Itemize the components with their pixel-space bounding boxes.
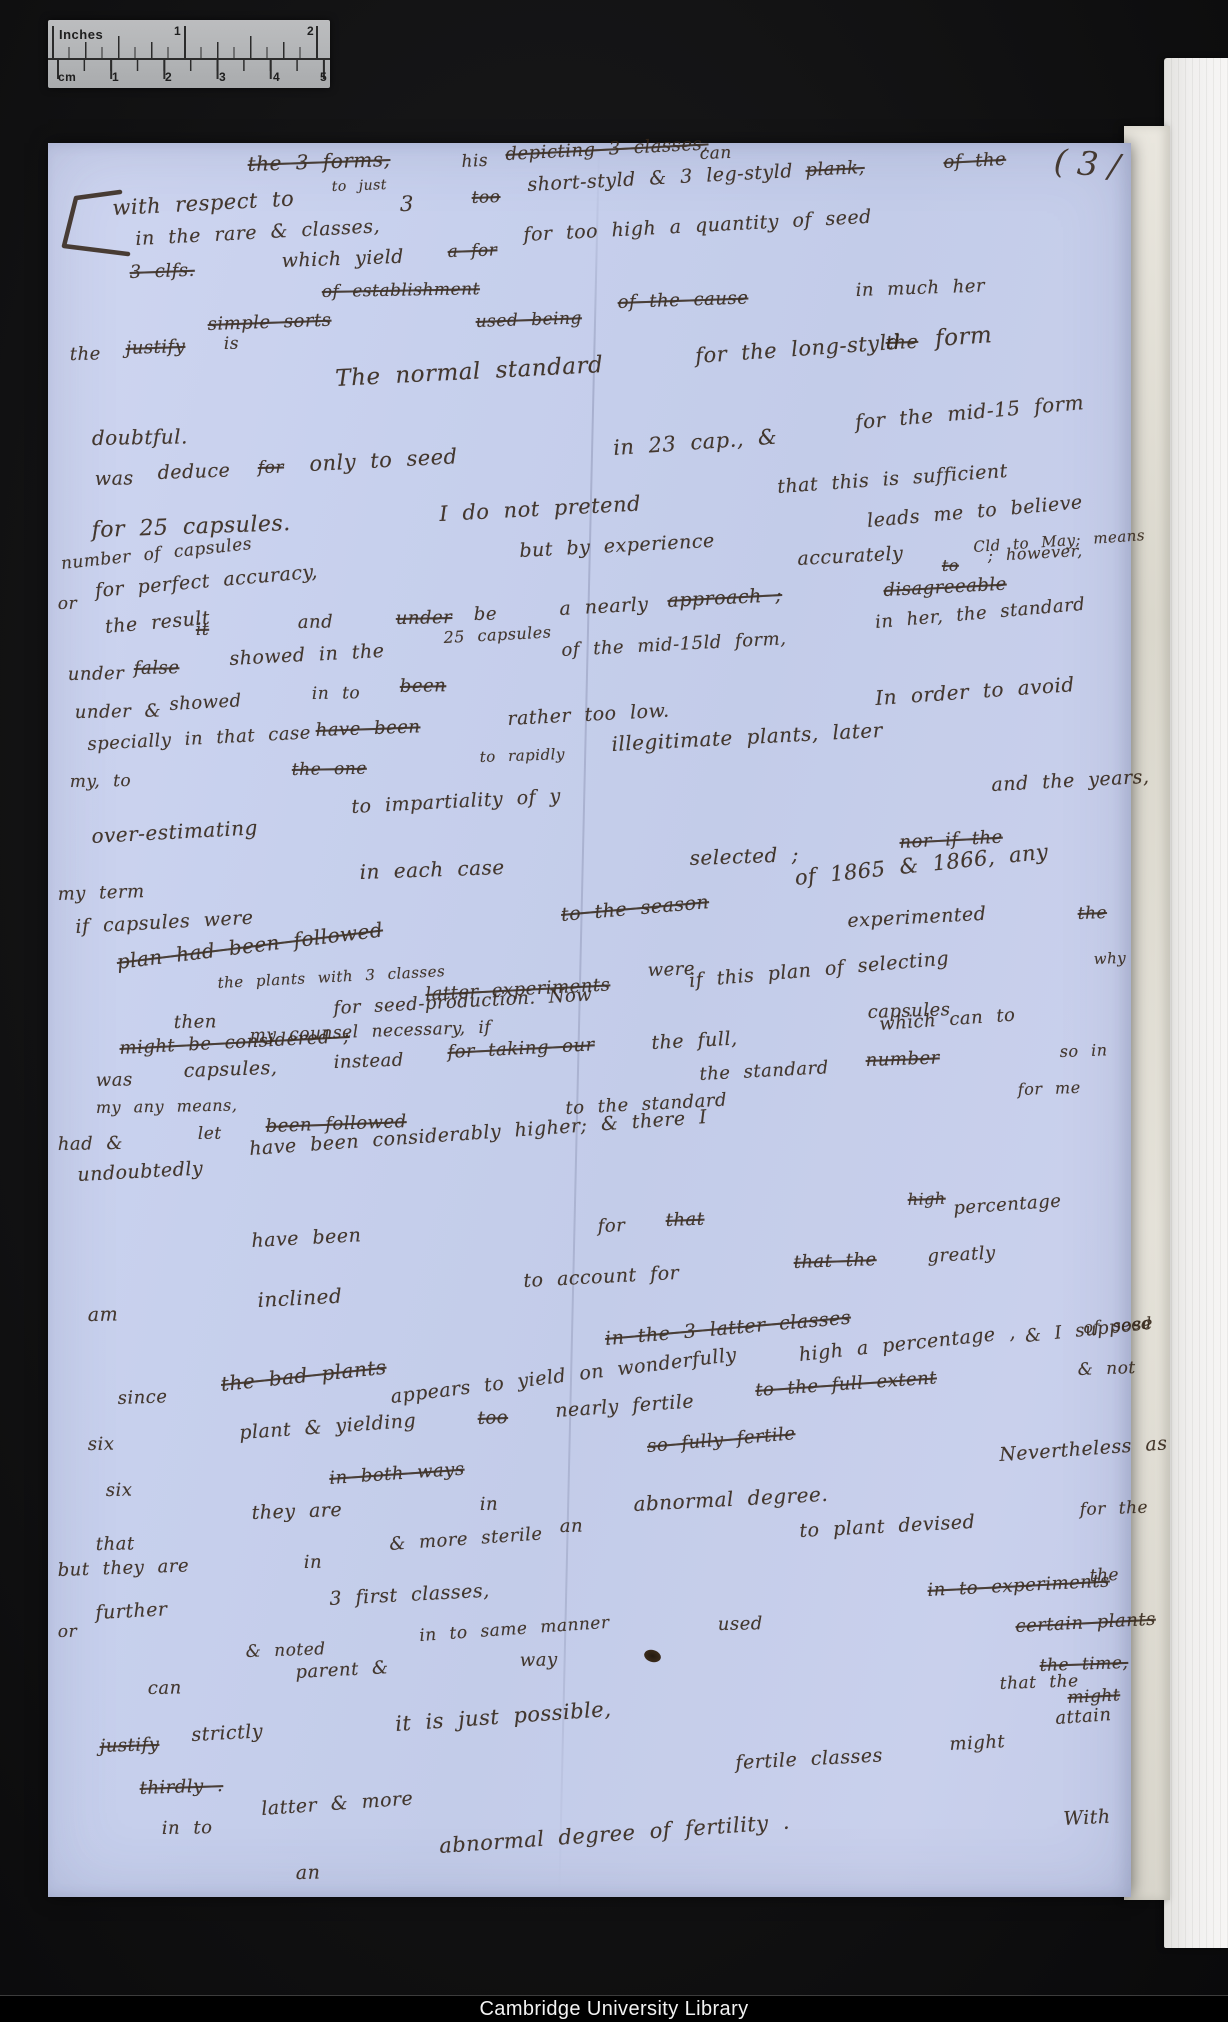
manuscript-line: is bbox=[224, 336, 239, 353]
manuscript-line: showed bbox=[169, 692, 242, 714]
manuscript-line: since bbox=[117, 1388, 167, 1408]
manuscript-line: in to bbox=[162, 1819, 213, 1838]
manuscript-line: under bbox=[396, 609, 453, 628]
manuscript-line: my any means, bbox=[96, 1098, 238, 1116]
ruler-cm-number: 3 bbox=[219, 70, 226, 84]
manuscript-line: that the bbox=[793, 1251, 877, 1272]
manuscript-line: strictly bbox=[191, 1722, 264, 1745]
manuscript-line: the one bbox=[292, 761, 367, 779]
manuscript-line: had & bbox=[58, 1135, 123, 1154]
manuscript-line: 3 clfs. bbox=[129, 262, 195, 282]
manuscript-line: way bbox=[520, 1651, 558, 1670]
manuscript-line: plank, bbox=[805, 159, 865, 180]
manuscript-line: that bbox=[665, 1211, 704, 1230]
manuscript-line: form bbox=[934, 324, 993, 351]
manuscript-line: With bbox=[1063, 1808, 1111, 1829]
manuscript-line: it bbox=[196, 622, 210, 639]
manuscript-line: number bbox=[865, 1049, 940, 1070]
manuscript-line: in each case bbox=[359, 857, 505, 882]
manuscript-line: to rapidly bbox=[479, 747, 565, 765]
manuscript-line: in to bbox=[312, 685, 361, 703]
manuscript-line: greatly bbox=[927, 1244, 996, 1266]
ruler-cm-number: 5 bbox=[320, 70, 327, 84]
manuscript-line: thirdly . bbox=[139, 1777, 223, 1798]
manuscript-line: under bbox=[68, 665, 125, 684]
manuscript-line: they are bbox=[251, 1501, 342, 1523]
manuscript-photograph: Inches 1 2 cm 1 2 3 4 5 ( 3 / the 3 form… bbox=[0, 0, 1228, 2022]
manuscript-line: further bbox=[95, 1600, 168, 1623]
manuscript-line: can bbox=[148, 1679, 182, 1698]
ruler-cm-number: 4 bbox=[273, 70, 280, 84]
manuscript-line: then bbox=[174, 1013, 217, 1032]
manuscript-line: attain bbox=[1055, 1706, 1112, 1728]
manuscript-line: a nearly bbox=[559, 595, 649, 619]
manuscript-line: of the bbox=[943, 151, 1007, 172]
manuscript-line: & noted bbox=[245, 1641, 326, 1661]
book-pages-edge bbox=[1164, 58, 1228, 1948]
manuscript-line: selected ; bbox=[689, 844, 799, 868]
manuscript-line: false bbox=[134, 659, 180, 678]
manuscript-line: so in bbox=[1059, 1042, 1107, 1060]
manuscript-line: have been bbox=[315, 718, 420, 740]
manuscript-line: of establishment bbox=[322, 281, 480, 301]
manuscript-line: 3 bbox=[400, 194, 414, 215]
manuscript-line: that bbox=[96, 1535, 135, 1554]
manuscript-line: used being bbox=[475, 310, 582, 331]
manuscript-line: for me bbox=[1017, 1080, 1080, 1098]
manuscript-line: was bbox=[95, 469, 134, 489]
manuscript-line: was bbox=[96, 1071, 133, 1090]
manuscript-line: too bbox=[477, 1409, 508, 1428]
manuscript-line: and bbox=[298, 613, 334, 632]
manuscript-line: simple sorts bbox=[207, 312, 331, 334]
manuscript-line: my, to bbox=[70, 773, 132, 791]
manuscript-line: his bbox=[461, 153, 488, 171]
manuscript-line: be bbox=[474, 606, 497, 624]
manuscript-line: for the bbox=[1079, 1500, 1148, 1519]
manuscript-line: to just bbox=[332, 178, 388, 194]
manuscript-line: to bbox=[942, 558, 959, 574]
manuscript-line: & not bbox=[1077, 1360, 1136, 1379]
manuscript-line: high bbox=[907, 1191, 946, 1208]
footer-bar: Cambridge University Library bbox=[0, 1995, 1228, 2022]
manuscript-line: the bbox=[1089, 1567, 1119, 1585]
manuscript-line: an bbox=[560, 1518, 584, 1536]
manuscript-line: why bbox=[1093, 951, 1126, 967]
manuscript-line: let bbox=[198, 1126, 222, 1143]
manuscript-line: a for bbox=[447, 242, 497, 261]
folio-annotation: ( 3 / bbox=[1052, 141, 1121, 186]
manuscript-line: parent & bbox=[295, 1659, 389, 1682]
manuscript-line: the full, bbox=[651, 1030, 738, 1053]
ruler-cm-label: cm bbox=[58, 70, 76, 84]
manuscript-line: can bbox=[699, 145, 732, 163]
manuscript-line: used bbox=[718, 1615, 763, 1634]
manuscript-line: justify bbox=[125, 338, 185, 358]
manuscript-line: or bbox=[58, 1624, 78, 1641]
manuscript-line: been bbox=[400, 677, 447, 696]
manuscript-line: an bbox=[296, 1864, 321, 1883]
footer-label: Cambridge University Library bbox=[479, 1998, 748, 2021]
manuscript-line: too bbox=[471, 189, 500, 207]
manuscript-line: am bbox=[88, 1305, 119, 1325]
manuscript-line: in much her bbox=[855, 277, 985, 300]
manuscript-line: capsules, bbox=[183, 1059, 277, 1081]
manuscript-line: in bbox=[480, 1496, 499, 1514]
ruler: Inches 1 2 cm 1 2 3 4 5 bbox=[48, 20, 330, 88]
manuscript-line: of the cause bbox=[617, 289, 748, 312]
manuscript-line: the bbox=[1077, 905, 1107, 923]
manuscript-line: but they are bbox=[57, 1557, 189, 1580]
ruler-inch-ticks bbox=[48, 26, 330, 58]
manuscript-line: under & bbox=[75, 702, 162, 722]
manuscript-line: that the bbox=[999, 1673, 1079, 1693]
manuscript-line: which yield bbox=[281, 248, 404, 271]
manuscript-line: six bbox=[88, 1436, 115, 1454]
manuscript-line: the bbox=[70, 345, 101, 364]
manuscript-line: the 3 forms, bbox=[247, 149, 390, 174]
ruler-cm-number: 2 bbox=[165, 70, 172, 84]
manuscript-line: the bbox=[885, 333, 918, 353]
manuscript-line: justify bbox=[99, 1736, 159, 1756]
ruler-cm-number: 1 bbox=[112, 70, 119, 84]
manuscript-line: deduce bbox=[157, 461, 230, 483]
manuscript-line: for bbox=[258, 460, 284, 477]
manuscript-line: doubtful. bbox=[92, 426, 188, 448]
ruler-cm-ticks bbox=[48, 60, 330, 79]
manuscript-line: in bbox=[304, 1554, 323, 1572]
manuscript-line: six bbox=[106, 1482, 133, 1500]
manuscript-line: or bbox=[58, 596, 78, 613]
manuscript-line: my term bbox=[57, 883, 145, 904]
manuscript-line: might bbox=[949, 1733, 1006, 1754]
manuscript-line: instead bbox=[333, 1052, 404, 1072]
manuscript-line: inclined bbox=[257, 1286, 343, 1310]
manuscript-line: for bbox=[597, 1217, 625, 1236]
